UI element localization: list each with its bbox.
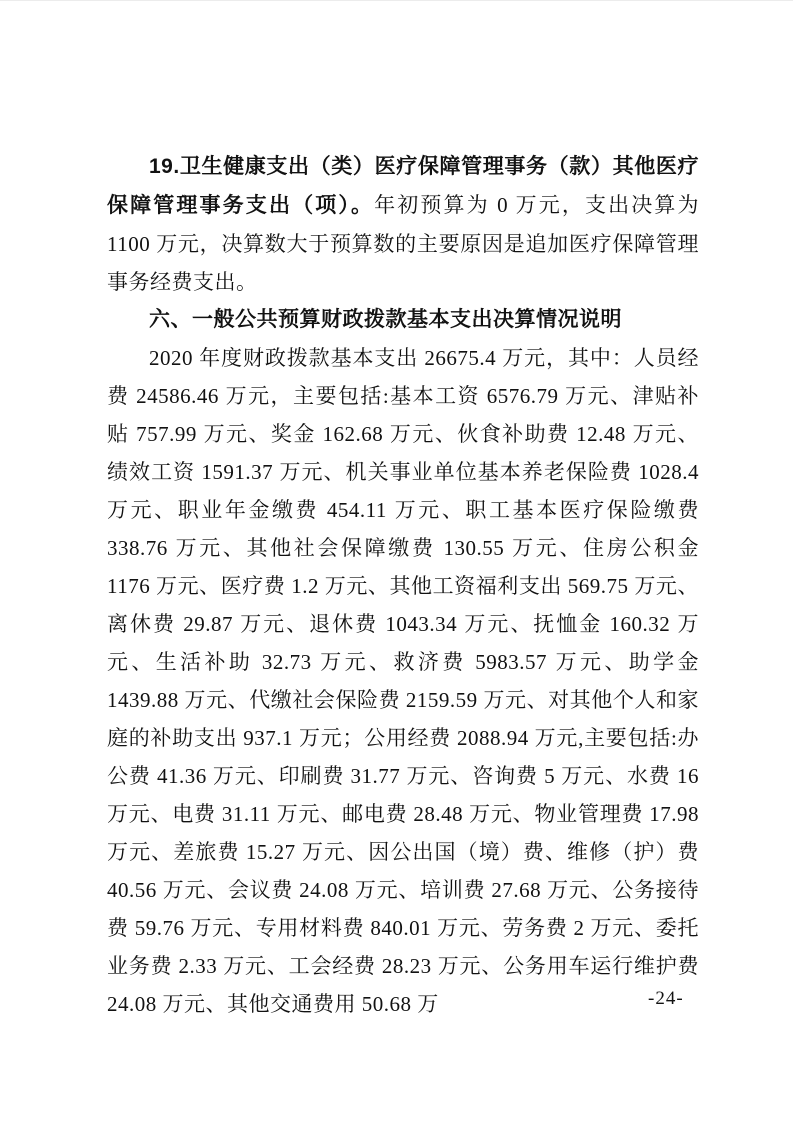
page-number: -24- xyxy=(648,987,684,1011)
paragraph-basic-expenditure: 2020 年度财政拨款基本支出 26675.4 万元，其中：人员经费 24586… xyxy=(107,339,699,1023)
document-page: 19.卫生健康支出（类）医疗保障管理事务（款）其他医疗保障管理事务支出（项）。年… xyxy=(0,0,793,1123)
document-content: 19.卫生健康支出（类）医疗保障管理事务（款）其他医疗保障管理事务支出（项）。年… xyxy=(107,147,699,1023)
paragraph-item-19: 19.卫生健康支出（类）医疗保障管理事务（款）其他医疗保障管理事务支出（项）。年… xyxy=(107,147,699,301)
section-heading-6: 六、一般公共预算财政拨款基本支出决算情况说明 xyxy=(107,301,699,339)
